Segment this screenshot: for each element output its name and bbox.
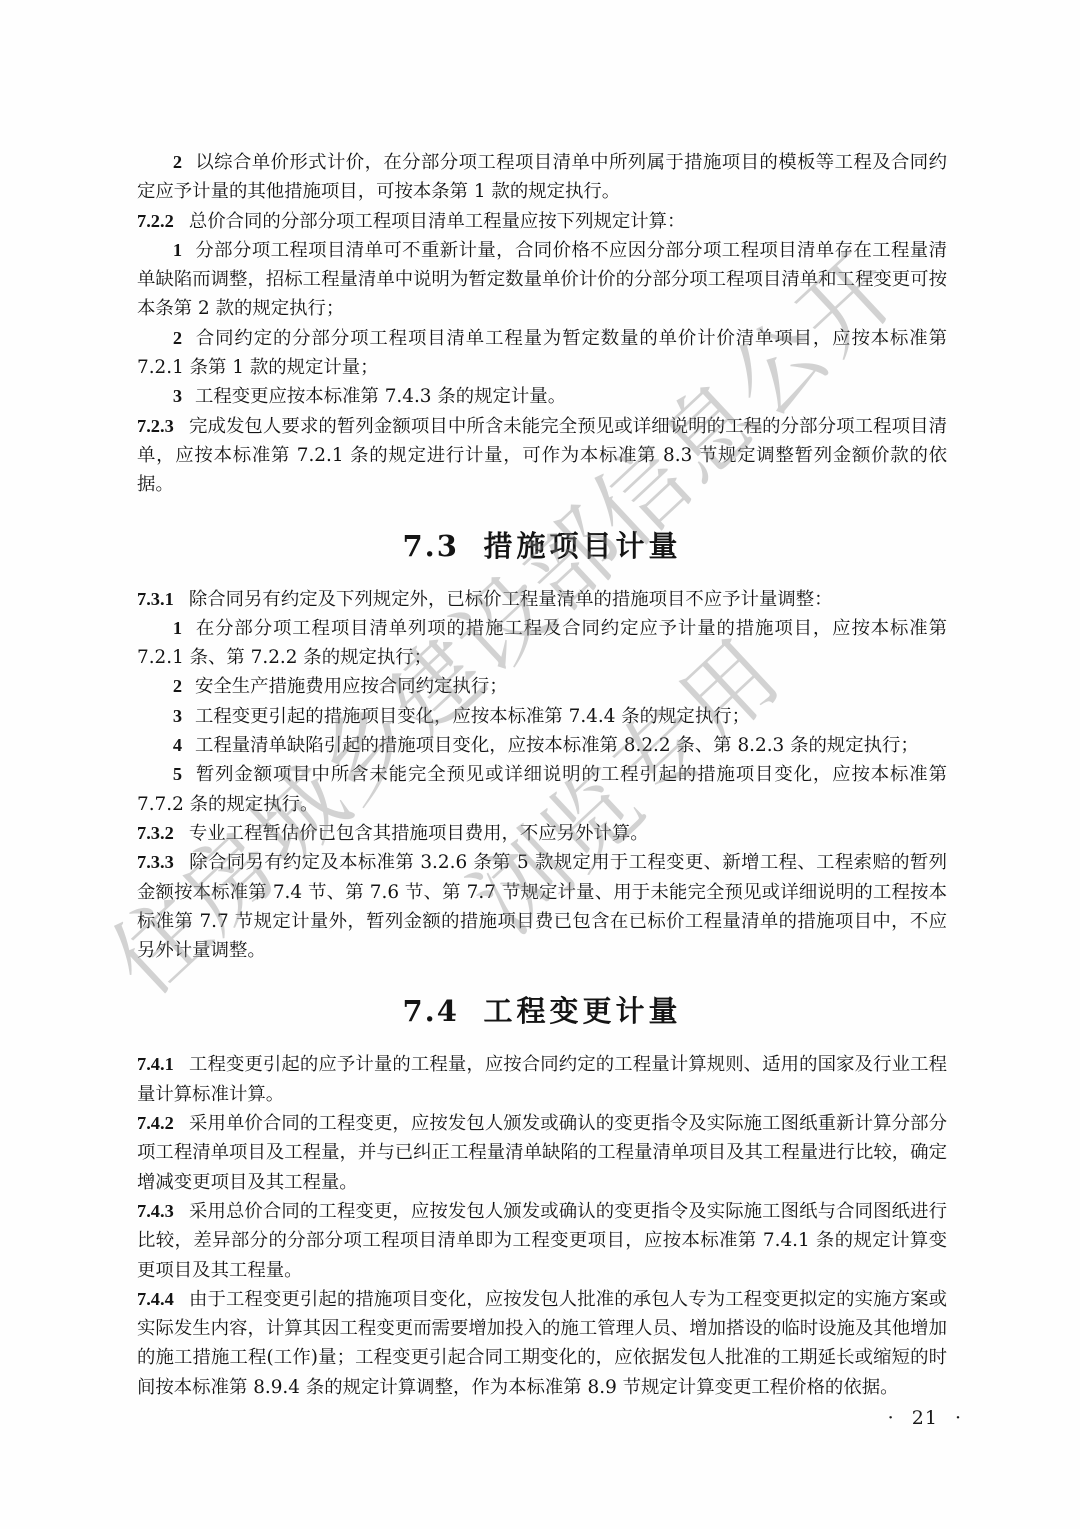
paragraph-text: 工程变更应按本标准第 7.4.3 条的规定计量。	[195, 386, 566, 407]
paragraph-text: 除合同另有约定及本标准第 3.2.6 条第 5 款规定用于工程变更、新增工程、工…	[137, 852, 947, 961]
item-number: 1	[173, 240, 182, 260]
list-item-2: 2以综合单价形式计价，在分部分项工程项目清单中所列属于措施项目的模板等工程及合同…	[137, 148, 947, 207]
clause-7.4.3: 7.4.3采用总价合同的工程变更，应按发包人颁发或确认的变更指令及实际施工图纸与…	[137, 1197, 947, 1285]
list-item-1: 1分部分项工程项目清单可不重新计量，合同价格不应因分部分项工程项目清单存在工程量…	[137, 236, 947, 324]
paragraph-text: 合同约定的分部分项工程项目清单工程量为暂定数量的单价计价清单项目，应按本标准第 …	[137, 328, 947, 378]
item-number: 3	[173, 706, 182, 726]
paragraph-text: 采用总价合同的工程变更，应按发包人颁发或确认的变更指令及实际施工图纸与合同图纸进…	[137, 1201, 947, 1281]
clause-7.2.3: 7.2.3完成发包人要求的暂列金额项目中所含未能完全预见或详细说明的工程的分部分…	[137, 412, 947, 500]
paragraph-text: 除合同另有约定及下列规定外，已标价工程量清单的措施项目不应予计量调整：	[189, 589, 833, 610]
list-item-2: 2安全生产措施费用应按合同约定执行；	[137, 672, 947, 701]
clause-7.3.3: 7.3.3除合同另有约定及本标准第 3.2.6 条第 5 款规定用于工程变更、新…	[137, 848, 947, 965]
document-body: 2以综合单价形式计价，在分部分项工程项目清单中所列属于措施项目的模板等工程及合同…	[137, 148, 947, 1402]
clause-number: 7.4.4	[137, 1289, 174, 1309]
list-item-2: 2合同约定的分部分项工程项目清单工程量为暂定数量的单价计价清单项目，应按本标准第…	[137, 324, 947, 383]
section-number: 7.4	[402, 994, 458, 1028]
paragraph-text: 工程变更引起的措施项目变化，应按本标准第 7.4.4 条的规定执行；	[195, 706, 750, 727]
document-page: 住房城乡建设部信息公开 浏览专用 2以综合单价形式计价，在分部分项工程项目清单中…	[0, 0, 1080, 1529]
paragraph-text: 分部分项工程项目清单可不重新计量，合同价格不应因分部分项工程项目清单存在工程量清…	[137, 240, 947, 320]
clause-number: 7.4.1	[137, 1054, 174, 1074]
section-title: 工程变更计量	[484, 994, 682, 1028]
section-title: 措施项目计量	[484, 529, 682, 563]
paragraph-text: 采用单价合同的工程变更，应按发包人颁发或确认的变更指令及实际施工图纸重新计算分部…	[137, 1113, 947, 1193]
item-number: 3	[173, 386, 182, 406]
paragraph-text: 专业工程暂估价已包含其措施项目费用，不应另外计算。	[189, 823, 649, 844]
clause-number: 7.3.1	[137, 589, 174, 609]
clause-number: 7.3.3	[137, 852, 174, 872]
section-heading-7.4: 7.4工程变更计量	[137, 991, 947, 1031]
list-item-1: 1在分部分项工程项目清单列项的措施工程及合同约定应予计量的措施项目，应按本标准第…	[137, 614, 947, 673]
list-item-3: 3工程变更应按本标准第 7.4.3 条的规定计量。	[137, 382, 947, 411]
paragraph-text: 工程量清单缺陷引起的措施项目变化，应按本标准第 8.2.2 条、第 8.2.3 …	[195, 735, 919, 756]
clause-number: 7.4.3	[137, 1201, 174, 1221]
section-number: 7.3	[402, 529, 458, 563]
list-item-4: 4工程量清单缺陷引起的措施项目变化，应按本标准第 8.2.2 条、第 8.2.3…	[137, 731, 947, 760]
paragraph-text: 在分部分项工程项目清单列项的措施工程及合同约定应予计量的措施项目，应按本标准第 …	[137, 618, 947, 668]
list-item-5: 5暂列金额项目中所含未能完全预见或详细说明的工程引起的措施项目变化，应按本标准第…	[137, 760, 947, 819]
item-number: 1	[173, 618, 182, 638]
item-number: 2	[173, 152, 182, 172]
clause-7.3.2: 7.3.2专业工程暂估价已包含其措施项目费用，不应另外计算。	[137, 819, 947, 848]
paragraph-text: 完成发包人要求的暂列金额项目中所含未能完全预见或详细说明的工程的分部分项工程项目…	[137, 416, 947, 496]
item-number: 4	[173, 735, 182, 755]
item-number: 2	[173, 328, 182, 348]
paragraph-text: 以综合单价形式计价，在分部分项工程项目清单中所列属于措施项目的模板等工程及合同约…	[137, 152, 947, 202]
clause-7.3.1: 7.3.1除合同另有约定及下列规定外，已标价工程量清单的措施项目不应予计量调整：	[137, 585, 947, 614]
clause-7.4.1: 7.4.1工程变更引起的应予计量的工程量，应按合同约定的工程量计算规则、适用的国…	[137, 1050, 947, 1109]
clause-number: 7.2.3	[137, 416, 174, 436]
clause-7.4.4: 7.4.4由于工程变更引起的措施项目变化，应按发包人批准的承包人专为工程变更拟定…	[137, 1285, 947, 1402]
paragraph-text: 总价合同的分部分项工程项目清单工程量应按下列规定计算：	[189, 211, 686, 232]
paragraph-text: 安全生产措施费用应按合同约定执行；	[195, 676, 508, 697]
clause-7.2.2: 7.2.2总价合同的分部分项工程项目清单工程量应按下列规定计算：	[137, 207, 947, 236]
clause-number: 7.2.2	[137, 211, 174, 231]
list-item-3: 3工程变更引起的措施项目变化，应按本标准第 7.4.4 条的规定执行；	[137, 702, 947, 731]
page-number: · 21 ·	[888, 1407, 962, 1429]
clause-7.4.2: 7.4.2采用单价合同的工程变更，应按发包人颁发或确认的变更指令及实际施工图纸重…	[137, 1109, 947, 1197]
section-heading-7.3: 7.3措施项目计量	[137, 526, 947, 566]
item-number: 2	[173, 676, 182, 696]
clause-number: 7.4.2	[137, 1113, 174, 1133]
paragraph-text: 由于工程变更引起的措施项目变化，应按发包人批准的承包人专为工程变更拟定的实施方案…	[137, 1289, 947, 1398]
paragraph-text: 暂列金额项目中所含未能完全预见或详细说明的工程引起的措施项目变化，应按本标准第 …	[137, 764, 947, 814]
paragraph-text: 工程变更引起的应予计量的工程量，应按合同约定的工程量计算规则、适用的国家及行业工…	[137, 1054, 947, 1104]
item-number: 5	[173, 764, 182, 784]
clause-number: 7.3.2	[137, 823, 174, 843]
